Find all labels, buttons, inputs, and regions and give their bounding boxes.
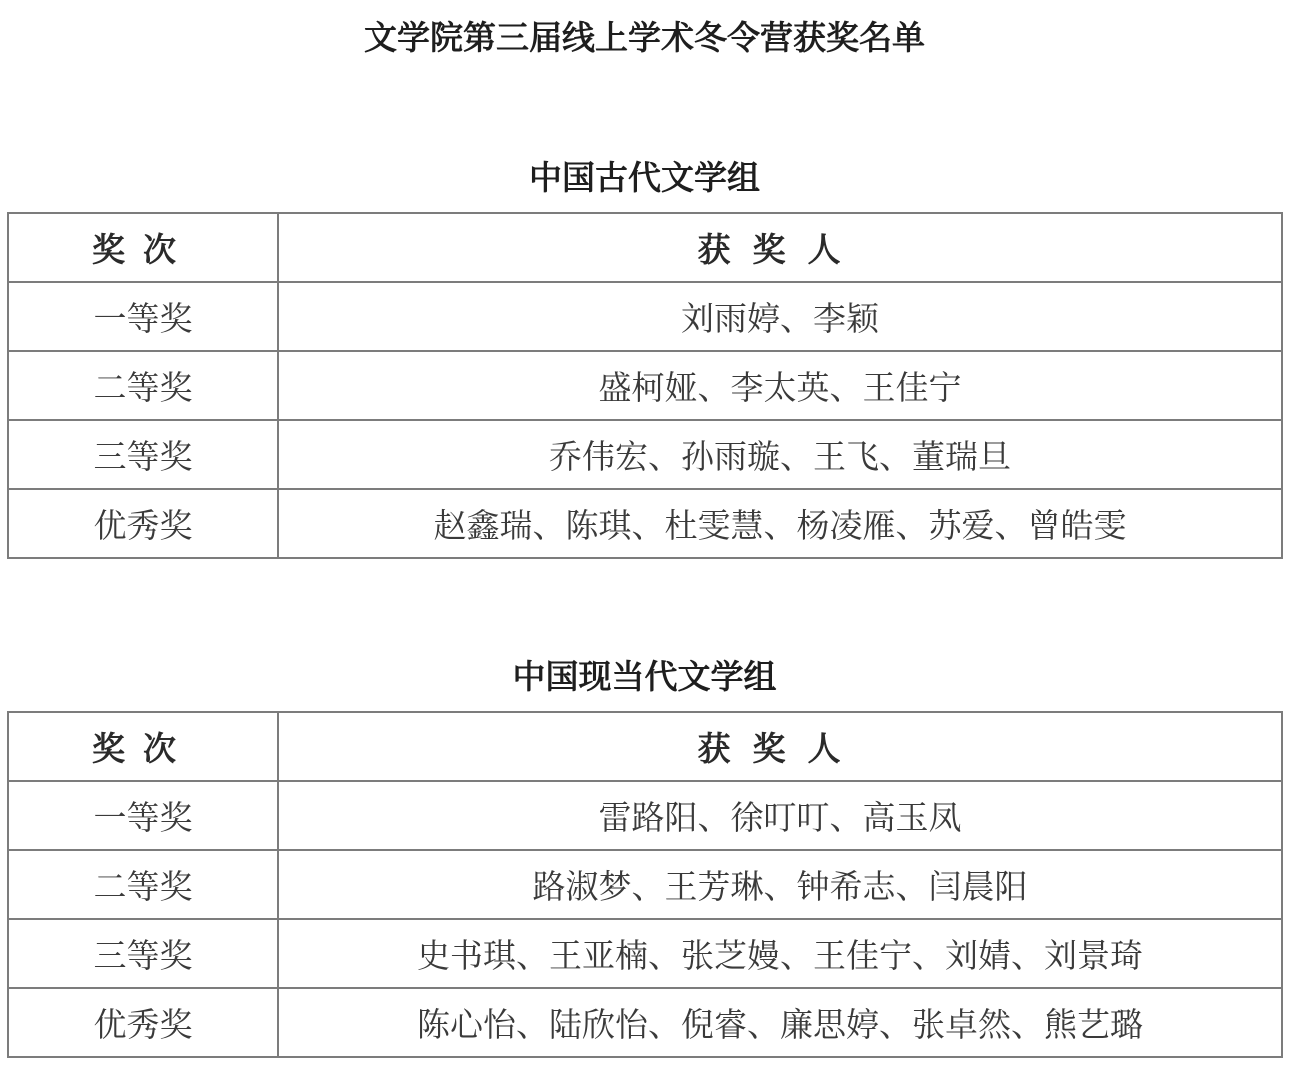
table-row: 优秀奖 陈心怡、陆欣怡、倪睿、廉思婷、张卓然、熊艺璐 [8,988,1282,1057]
winners-cell: 雷路阳、徐叮叮、高玉凤 [278,781,1282,850]
column-header-winners: 获奖人 [278,712,1282,781]
column-header-rank: 奖次 [8,712,278,781]
table-row: 三等奖 乔伟宏、孙雨璇、王飞、董瑞旦 [8,420,1282,489]
award-rank-cell: 优秀奖 [8,489,278,558]
section-title-ancient-literature: 中国古代文学组 [0,154,1289,202]
table-row: 二等奖 盛柯娅、李太英、王佳宁 [8,351,1282,420]
award-table-modern-literature: 奖次 获奖人 一等奖 雷路阳、徐叮叮、高玉凤 二等奖 路淑梦、王芳琳、钟希志、闫… [7,711,1283,1058]
document-title: 文学院第三届线上学术冬令营获奖名单 [0,14,1289,62]
table-header-row: 奖次 获奖人 [8,213,1282,282]
table-header-row: 奖次 获奖人 [8,712,1282,781]
table-row: 优秀奖 赵鑫瑞、陈琪、杜雯慧、杨凌雁、苏爱、曾皓雯 [8,489,1282,558]
award-table-ancient-literature: 奖次 获奖人 一等奖 刘雨婷、李颖 二等奖 盛柯娅、李太英、王佳宁 三等奖 乔伟… [7,212,1283,559]
winners-cell: 刘雨婷、李颖 [278,282,1282,351]
award-rank-cell: 优秀奖 [8,988,278,1057]
winners-cell: 路淑梦、王芳琳、钟希志、闫晨阳 [278,850,1282,919]
winners-cell: 陈心怡、陆欣怡、倪睿、廉思婷、张卓然、熊艺璐 [278,988,1282,1057]
award-rank-cell: 一等奖 [8,282,278,351]
column-header-rank: 奖次 [8,213,278,282]
award-rank-cell: 三等奖 [8,420,278,489]
award-rank-cell: 二等奖 [8,850,278,919]
winners-cell: 盛柯娅、李太英、王佳宁 [278,351,1282,420]
table-row: 三等奖 史书琪、王亚楠、张芝嫚、王佳宁、刘婧、刘景琦 [8,919,1282,988]
award-rank-cell: 一等奖 [8,781,278,850]
table-row: 一等奖 刘雨婷、李颖 [8,282,1282,351]
section-title-modern-literature: 中国现当代文学组 [0,653,1289,701]
table-row: 二等奖 路淑梦、王芳琳、钟希志、闫晨阳 [8,850,1282,919]
award-rank-cell: 二等奖 [8,351,278,420]
winners-cell: 赵鑫瑞、陈琪、杜雯慧、杨凌雁、苏爱、曾皓雯 [278,489,1282,558]
winners-cell: 史书琪、王亚楠、张芝嫚、王佳宁、刘婧、刘景琦 [278,919,1282,988]
table-row: 一等奖 雷路阳、徐叮叮、高玉凤 [8,781,1282,850]
award-rank-cell: 三等奖 [8,919,278,988]
winners-cell: 乔伟宏、孙雨璇、王飞、董瑞旦 [278,420,1282,489]
column-header-winners: 获奖人 [278,213,1282,282]
